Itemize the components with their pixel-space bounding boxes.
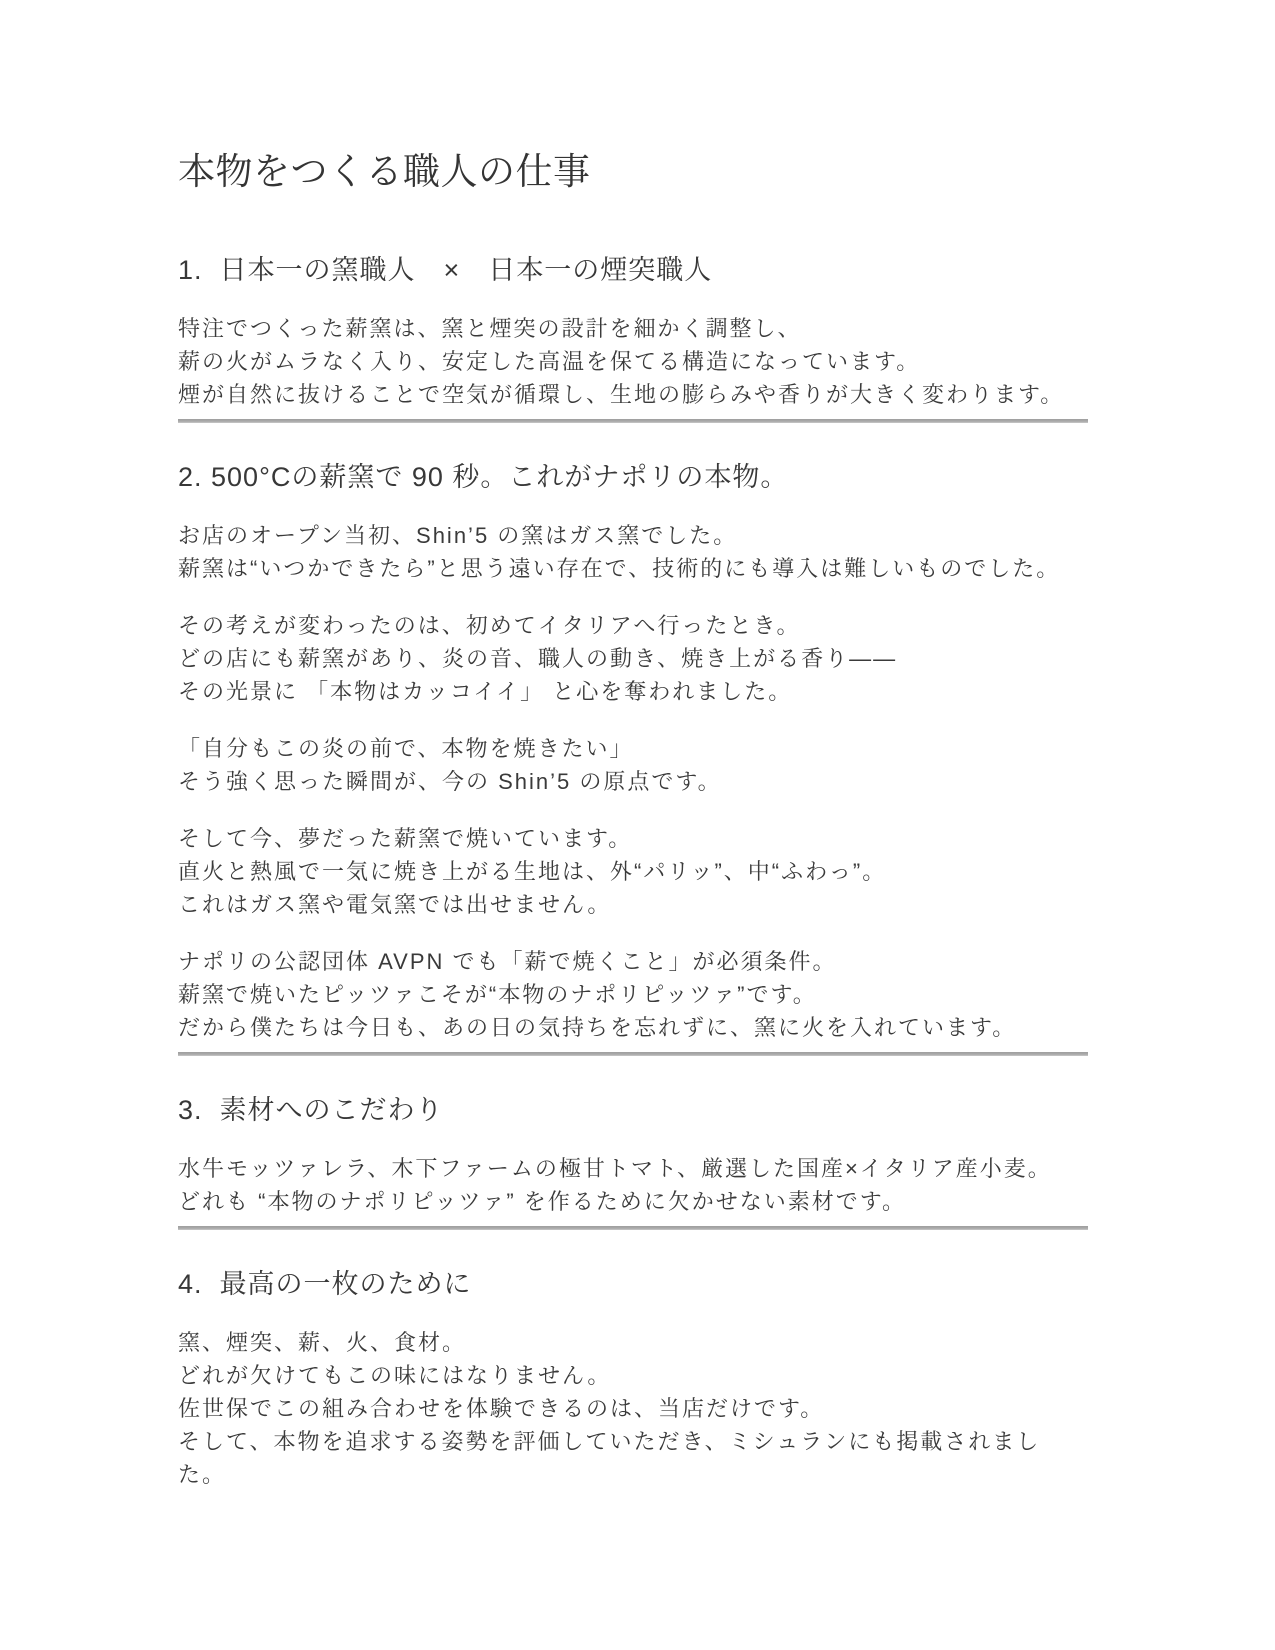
paragraph-line: 直火と熱風で一気に焼き上がる生地は、外“パリッ”、中“ふわっ”。 [178,855,1088,888]
section-divider [178,1226,1088,1230]
paragraph-line: 薪の火がムラなく入り、安定した高温を保てる構造になっています。 [178,345,1088,378]
paragraph-line: ナポリの公認団体 AVPN でも「薪で焼くこと」が必須条件。 [178,945,1088,978]
paragraph-line: そして、本物を追求する姿勢を評価していただき、ミシュランにも掲載されました。 [178,1425,1088,1491]
paragraph-line: そう強く思った瞬間が、今の Shin’5 の原点です。 [178,765,1088,798]
section-heading-4: 4. 最高の一枚のために [178,1266,1088,1302]
document-page: 本物をつくる職人の仕事 1. 日本一の窯職人 × 日本一の煙突職人 特注でつくっ… [0,0,1275,1650]
paragraph: その考えが変わったのは、初めてイタリアへ行ったとき。 どの店にも薪窯があり、炎の… [178,609,1088,708]
paragraph: そして今、夢だった薪窯で焼いています。 直火と熱風で一気に焼き上がる生地は、外“… [178,822,1088,921]
paragraph-line: その考えが変わったのは、初めてイタリアへ行ったとき。 [178,609,1088,642]
paragraph-line: その光景に 「本物はカッコイイ」 と心を奪われました。 [178,675,1088,708]
paragraph: ナポリの公認団体 AVPN でも「薪で焼くこと」が必須条件。 薪窯で焼いたピッツ… [178,945,1088,1044]
paragraph-line: 薪窯は“いつかできたら”と思う遠い存在で、技術的にも導入は難しいものでした。 [178,552,1088,585]
paragraph-line: 特注でつくった薪窯は、窯と煙突の設計を細かく調整し、 [178,312,1088,345]
paragraph-line: 佐世保でこの組み合わせを体験できるのは、当店だけです。 [178,1392,1088,1425]
paragraph-line: どれが欠けてもこの味にはなりません。 [178,1359,1088,1392]
paragraph: 「自分もこの炎の前で、本物を焼きたい」 そう強く思った瞬間が、今の Shin’5… [178,732,1088,798]
paragraph-line: どれも “本物のナポリピッツァ” を作るために欠かせない素材です。 [178,1185,1088,1218]
paragraph-line: 「自分もこの炎の前で、本物を焼きたい」 [178,732,1088,765]
paragraph-line: 窯、煙突、薪、火、食材。 [178,1326,1088,1359]
paragraph-line: 水牛モッツァレラ、木下ファームの極甘トマト、厳選した国産×イタリア産小麦。 [178,1152,1088,1185]
paragraph: 窯、煙突、薪、火、食材。 どれが欠けてもこの味にはなりません。 佐世保でこの組み… [178,1326,1088,1491]
paragraph-line: だから僕たちは今日も、あの日の気持ちを忘れずに、窯に火を入れています。 [178,1011,1088,1044]
section-divider [178,1052,1088,1056]
section-divider [178,419,1088,423]
section-heading-1: 1. 日本一の窯職人 × 日本一の煙突職人 [178,252,1088,288]
paragraph-line: どの店にも薪窯があり、炎の音、職人の動き、焼き上がる香り―― [178,642,1088,675]
paragraph-line: 薪窯で焼いたピッツァこそが“本物のナポリピッツァ”です。 [178,978,1088,1011]
paragraph: 特注でつくった薪窯は、窯と煙突の設計を細かく調整し、 薪の火がムラなく入り、安定… [178,312,1088,411]
paragraph-line: これはガス窯や電気窯では出せません。 [178,888,1088,921]
paragraph: お店のオープン当初、Shin’5 の窯はガス窯でした。 薪窯は“いつかできたら”… [178,519,1088,585]
section-heading-2: 2. 500°Cの薪窯で 90 秒。これがナポリの本物。 [178,459,1088,495]
paragraph-line: そして今、夢だった薪窯で焼いています。 [178,822,1088,855]
paragraph-line: お店のオープン当初、Shin’5 の窯はガス窯でした。 [178,519,1088,552]
section-heading-3: 3. 素材へのこだわり [178,1092,1088,1128]
paragraph: 水牛モッツァレラ、木下ファームの極甘トマト、厳選した国産×イタリア産小麦。 どれ… [178,1152,1088,1218]
paragraph-line: 煙が自然に抜けることで空気が循環し、生地の膨らみや香りが大きく変わります。 [178,378,1088,411]
document-title: 本物をつくる職人の仕事 [178,150,1088,194]
